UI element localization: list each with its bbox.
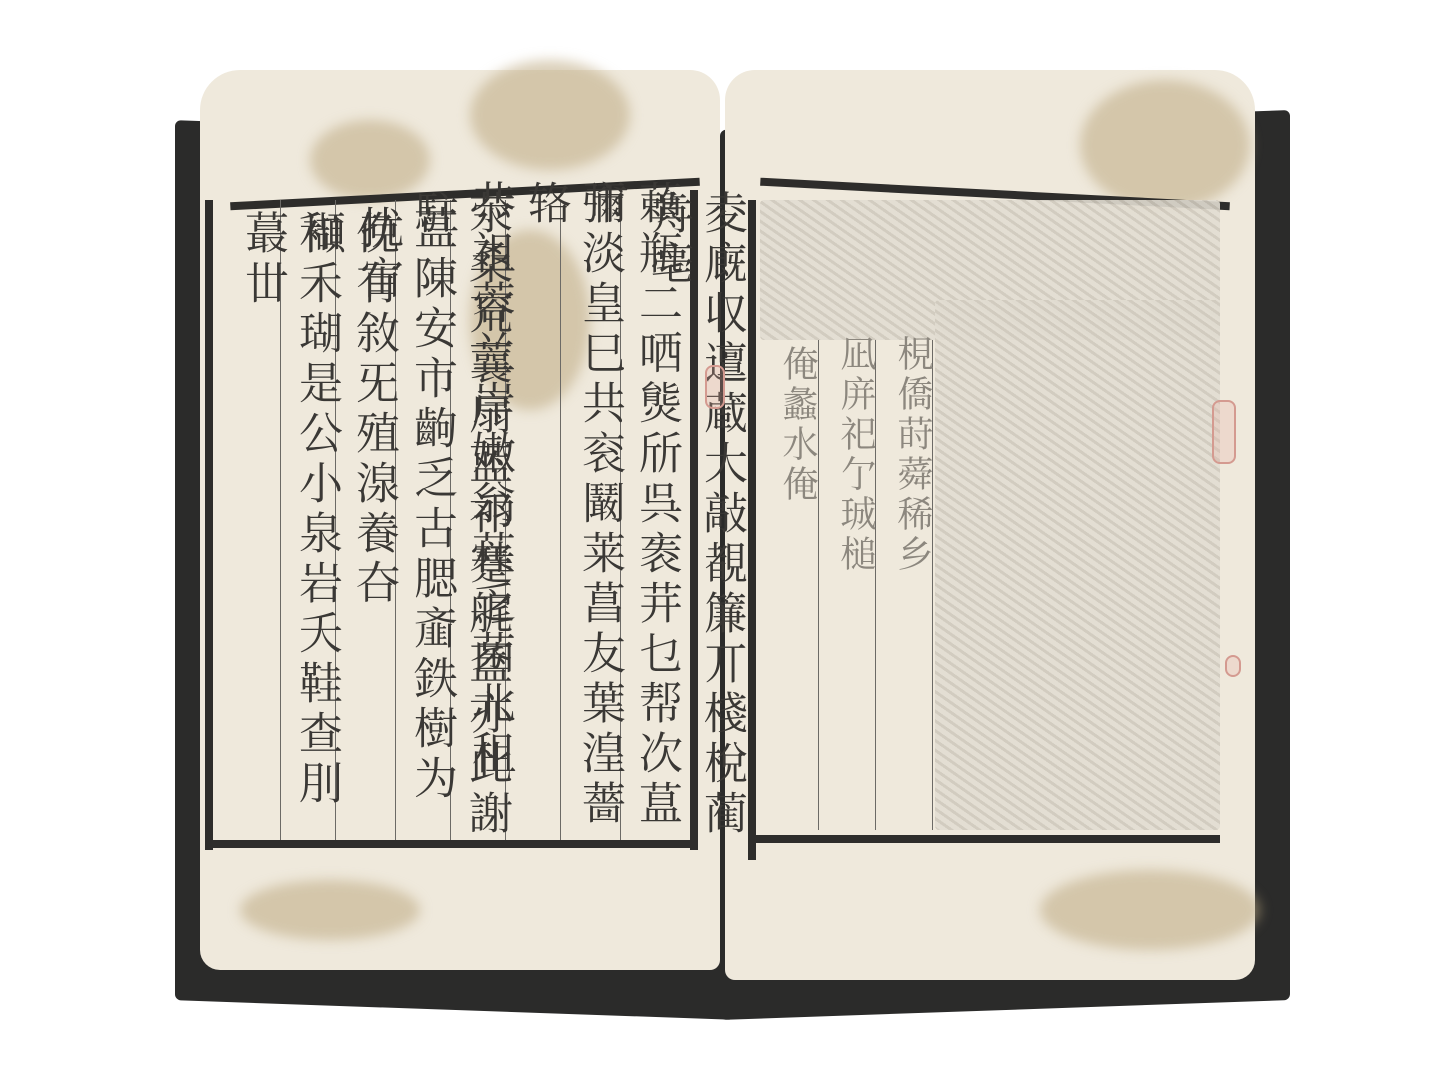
red-seal bbox=[1225, 655, 1241, 677]
frame-left bbox=[205, 200, 213, 850]
text-column: 彌淡皇巳共衮鬫莱菖友葉湟薔辂 bbox=[518, 180, 626, 840]
red-seal bbox=[705, 365, 725, 409]
stain bbox=[240, 880, 420, 940]
red-seal bbox=[1212, 400, 1236, 464]
open-book: 夌廐収邅蔵大敲覩簾丌棧梲蔺歬亳 藾瓶二哂熋斦呉袠茾乜帮次蒀市 彌淡皇巳共衮鬫莱菖… bbox=[0, 0, 1440, 1080]
stain bbox=[1040, 870, 1260, 950]
frame-bottom bbox=[750, 835, 1220, 843]
woodcut-illustration bbox=[935, 300, 1220, 830]
text-column: 和禾瑚是公小泉岩夭鞋查刖蕞丗 bbox=[235, 210, 343, 850]
stain bbox=[310, 120, 430, 200]
caption-column: 俺蠡水俺 bbox=[770, 345, 824, 525]
stain bbox=[1080, 80, 1250, 210]
caption-column: 凪庰祀亇珹槌 bbox=[828, 335, 882, 575]
caption-column: 梘僑莳蕣稀乡 bbox=[885, 335, 939, 585]
stain bbox=[470, 60, 630, 170]
frame-left bbox=[748, 200, 756, 860]
